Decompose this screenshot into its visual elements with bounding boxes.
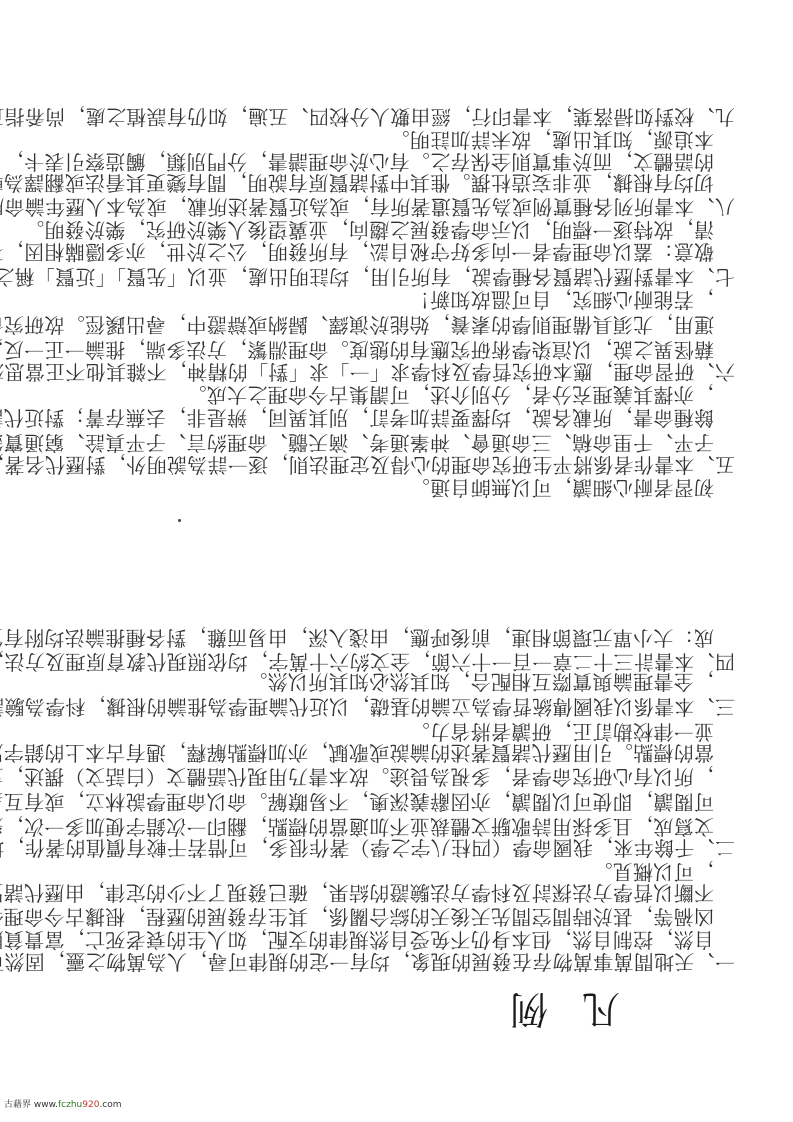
text-line: 當的標點。引用歷代諸賢著述的論說或歌賦，亦加標點解釋，遇有古本上的錯字別字， bbox=[0, 742, 714, 764]
watermark-footer: 古藉界 www.fczhu920.com bbox=[4, 1097, 122, 1110]
text-line: 運用，尤須具備理則學的素養，始能於演繹、歸納或辯證中，尋出蹊徑。故研究命理者 bbox=[0, 314, 714, 336]
footer-prefix: www. bbox=[34, 1100, 58, 1110]
text-line: ，若能耐心細究，自可溫故知新！ bbox=[410, 289, 715, 311]
text-line: ，所以有心研究命學者，多視為畏途。故本書乃用現代語體文（白話文）撰述，並加適 bbox=[0, 766, 714, 788]
text-line: 四、本書計三十二章一百一十六節，全文約六十萬字，均依照現代教育原理及方法，編撰而 bbox=[0, 651, 735, 673]
footer-site-name: fczhu bbox=[58, 1100, 82, 1110]
text-line: 凶禍等，甚於時間空間先天後天的綜合關係，其生存發展的歷程，根據古今命理學家 bbox=[0, 906, 714, 928]
text-line: ，全書理論與實際互相配合，知其然必知其所以然。 bbox=[247, 671, 714, 693]
footer-label: 古藉界 bbox=[4, 1100, 34, 1110]
text-line: 三、本書係以我國傳統哲學為立論的基礎，以近代論理學為推論的根據，科學為驗證的方法 bbox=[0, 696, 735, 718]
text-line: 清，故特逐一標明，以示命學發展之趨向，並冀望後人樂於研究，樂於發明。 bbox=[24, 219, 714, 241]
scan-speck bbox=[178, 519, 181, 522]
text-line: ，可以概見。 bbox=[592, 861, 714, 883]
text-line: 自然，控制自然，但本身仍不免受自然規律的支配，如人生的衰老死亡，富貴貧賤，吉 bbox=[0, 929, 714, 951]
text-line: 藉怪異之說，以渲染學術研究應有的態度。命理淵繁，方法多端，推論一正一反，交互 bbox=[0, 339, 714, 361]
text-line: 八、本書所列各種實例或為先賢遺著所有，或為近賢著述所載，或為本人歷年論命所得，一 bbox=[0, 196, 735, 218]
text-line: 九、校對如掃落葉，本書印行，經由數人分校四、五遍，如仍有誤植之處，尚希指正為禱！ bbox=[0, 106, 735, 128]
footer-site-num: 920 bbox=[82, 1100, 99, 1110]
text-line: 可閱讀，即使可以閱讀，亦因辭義深奧，不易瞭解。命以命理學說林立，或有互異之處 bbox=[0, 791, 714, 813]
text-line: 五、本書作者係將平生研究命理的心得及定理法則，逐一詳為說明外，對歷代名著，如淵源 bbox=[0, 454, 735, 476]
text-line: 餘種命書，所載各說，均擇要詳加考訂，別其異同，辨是非，去蕪存菁；對近代諸賢所說 bbox=[0, 407, 714, 429]
heading-li: 例 bbox=[510, 985, 548, 1040]
heading-fan: 凡 bbox=[582, 985, 620, 1040]
text-line: 子平、千里命稿、三命通會、神峯通考、滴天髓、命理約言、子平真詮、窮通寶鑑等十 bbox=[0, 432, 714, 454]
text-line: 二、千餘年來，我國命學（四柱八字之學）著作很多，可惜若干較有價值的著作，均以文言 bbox=[0, 837, 735, 859]
text-line: 六、研習命理，應本研究哲學及科學求「一」求「對」的精神，不雜其他不正當思想，或假 bbox=[0, 361, 735, 383]
text-line: 並一律校勘訂正，研讀者將省力。 bbox=[410, 721, 715, 743]
text-line: 文寫成，且多採用詩歌駢文體裁並不加適當的標點，翻印一次錯字便加多一次，幾至不 bbox=[0, 816, 714, 838]
rotated-page: 凡 例 一、天地間萬事萬物存在發展的現象，均有一定的規律可尋，人為萬物之靈，固然… bbox=[0, 0, 793, 1122]
text-line: ，亦擇其義理充分者，分別介述，可謂集古今命理之大成。 bbox=[186, 384, 714, 406]
text-line: 的語體文，而於事實則全保存之。有心於命理譜書，分門別類，觸造察引表卡，自可溯 bbox=[0, 151, 714, 173]
text-line: 切均有根據，並非妄造杜撰。惟其中對諸賢原有說明，間有變更其看法或翻譯為較淺顯 bbox=[0, 172, 714, 194]
text-line: 本追源，知其出處，故未詳加註明。 bbox=[389, 129, 714, 151]
footer-suffix: .com bbox=[99, 1100, 121, 1110]
text-line: 敬意：蓋以命理學者一向多好守秘自訟，有所發明，公之於世，亦多隱瞞相因，不易澄 bbox=[0, 241, 714, 263]
text-line: 一、天地間萬事萬物存在發展的現象，均有一定的規律可尋，人為萬物之靈，固然可以利用 bbox=[0, 951, 735, 973]
text-line: 七、本書對歷代諸賢各種學說，有所引用，均註明出處，並以「先賢」「近賢」稱之，以示 bbox=[0, 266, 735, 288]
text-line: 不斷以哲學方法探討及科學方法驗證的結果，確已發現了不少的定律，由歷代諸賢著述 bbox=[0, 882, 714, 904]
text-line: 初習者耐心細讀，可以無師自通。 bbox=[410, 477, 715, 499]
text-line: 成：大小單元環節相連，前後呼應，由淺入深，由易而難，對各種推論法均附有實例， bbox=[0, 627, 714, 649]
